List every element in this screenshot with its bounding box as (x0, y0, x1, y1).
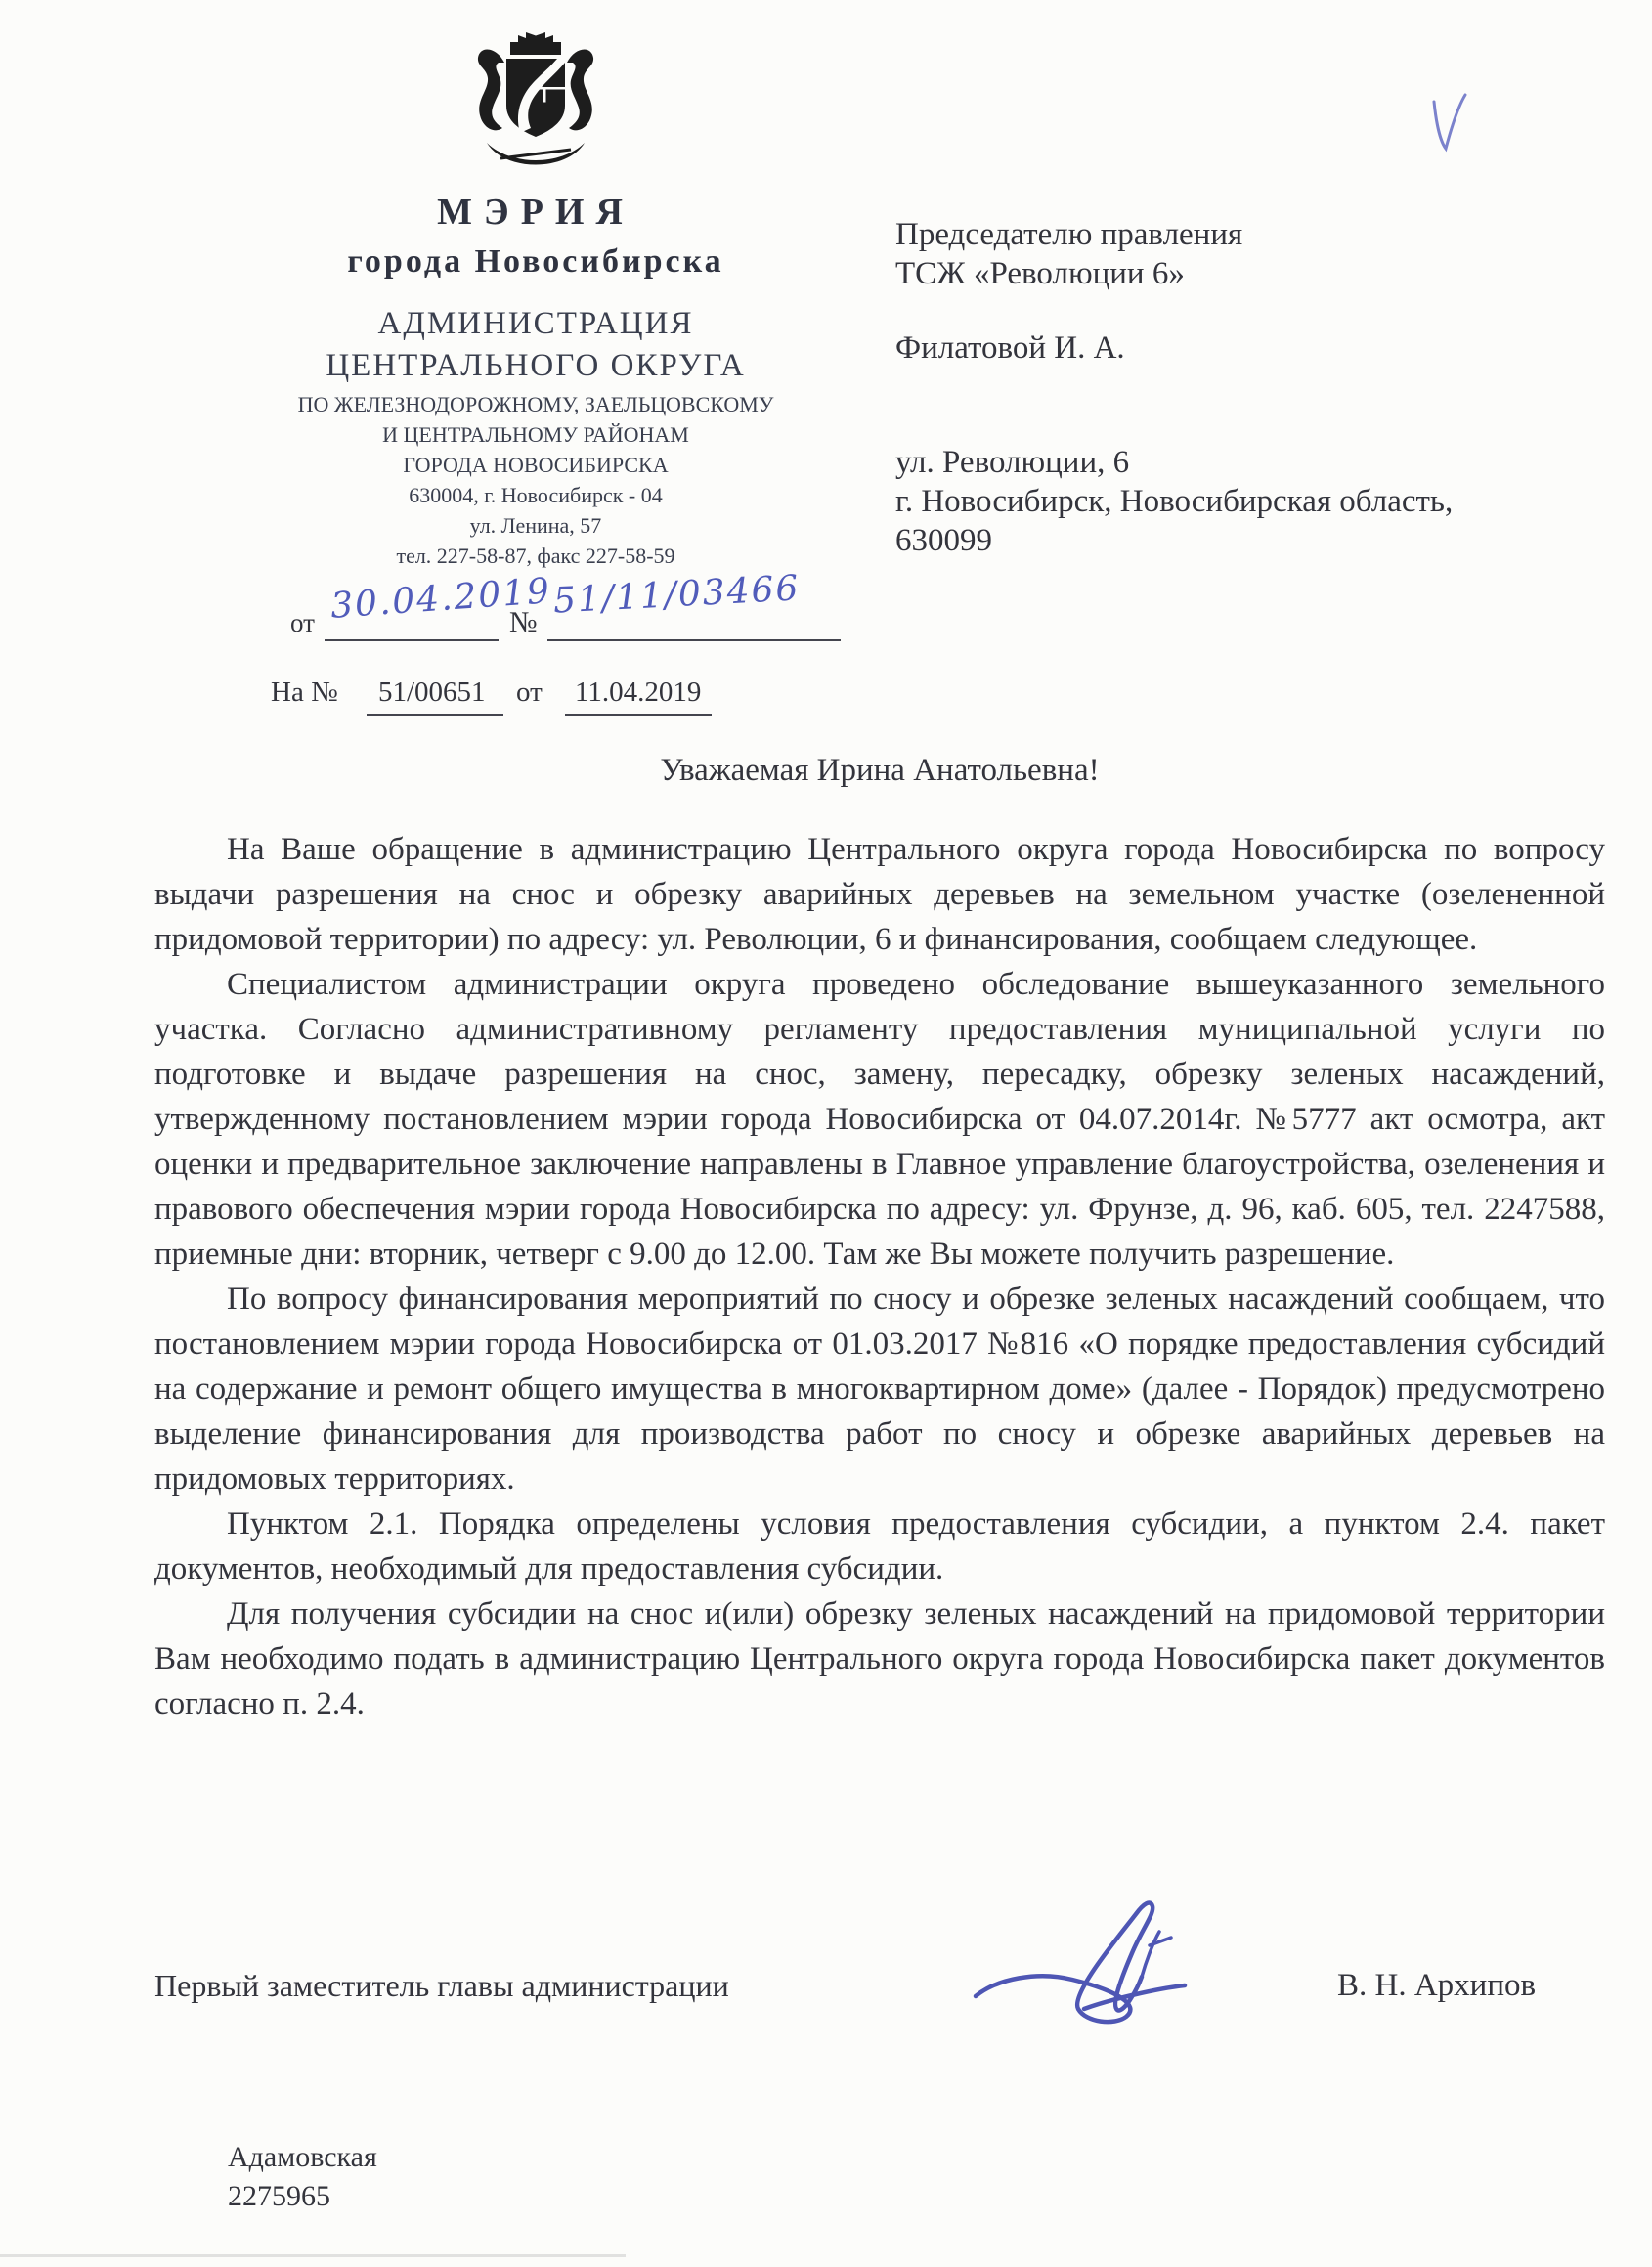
paragraph-4: Пунктом 2.1. Порядка определены условия … (154, 1502, 1605, 1591)
reply-date: 11.04.2019 (575, 676, 701, 709)
department-line2: ЦЕНТРАЛЬНОГО ОКРУГА (242, 348, 829, 384)
reply-number: 51/00651 (378, 676, 486, 709)
reply-date-underline (565, 714, 712, 716)
paragraph-1: На Ваше обращение в администрацию Центра… (154, 827, 1605, 962)
reply-from-label: от (516, 676, 543, 709)
executor-name: Адамовская (228, 2141, 377, 2174)
recipient-address-line1: ул. Революции, 6 (895, 445, 1129, 481)
district-line1: ПО ЖЕЛЕЗНОДОРОЖНОМУ, ЗАЕЛЬЦОВСКОМУ (242, 392, 829, 417)
letterhead: МЭРИЯ города Новосибирска АДМИНИСТРАЦИЯ … (242, 29, 829, 569)
scanned-letter-page: МЭРИЯ города Новосибирска АДМИНИСТРАЦИЯ … (0, 0, 1652, 2267)
novosibirsk-coat-of-arms-icon (471, 29, 600, 183)
handwritten-signature-icon (968, 1887, 1300, 2092)
paragraph-3: По вопросу финансирования мероприятий по… (154, 1277, 1605, 1502)
from-label: от (290, 608, 315, 638)
letterhead-address-line1: 630004, г. Новосибирск - 04 (242, 483, 829, 508)
recipient-address-line2: г. Новосибирск, Новосибирская область, (895, 484, 1453, 520)
executor-phone: 2275965 (228, 2180, 330, 2213)
signer-title: Первый заместитель главы администрации (154, 1968, 729, 2004)
reply-prefix: На № (271, 676, 338, 709)
reply-number-underline (367, 714, 503, 716)
district-line3: ГОРОДА НОВОСИБИРСКА (242, 453, 829, 478)
handwritten-number: 51/11/03466 (552, 568, 801, 621)
salutation: Уважаемая Ирина Анатольевна! (154, 753, 1605, 789)
org-name-line2: города Новосибирска (242, 243, 829, 281)
org-name-line1: МЭРИЯ (242, 191, 829, 234)
recipient-line2: ТСЖ «Революции 6» (895, 256, 1185, 292)
paragraph-5: Для получения субсидии на снос и(или) об… (154, 1591, 1605, 1726)
letterhead-phone-line: тел. 227-58-87, факс 227-58-59 (242, 544, 829, 569)
recipient-name: Филатовой И. А. (895, 330, 1125, 367)
check-mark-icon (1419, 90, 1476, 169)
paragraph-2: Специалистом администрации округа провед… (154, 962, 1605, 1277)
scan-edge-artifact (0, 2254, 626, 2257)
department-line1: АДМИНИСТРАЦИЯ (242, 306, 829, 342)
letter-body: На Ваше обращение в администрацию Центра… (154, 827, 1605, 1726)
letterhead-address-line2: ул. Ленина, 57 (242, 513, 829, 539)
number-underline (547, 639, 841, 641)
district-line2: И ЦЕНТРАЛЬНОМУ РАЙОНАМ (242, 422, 829, 448)
recipient-address-line3: 630099 (895, 523, 992, 559)
number-label: № (509, 606, 538, 639)
date-underline (325, 639, 499, 641)
signer-name: В. Н. Архипов (1337, 1968, 1536, 2004)
recipient-line1: Председателю правления (895, 217, 1242, 253)
